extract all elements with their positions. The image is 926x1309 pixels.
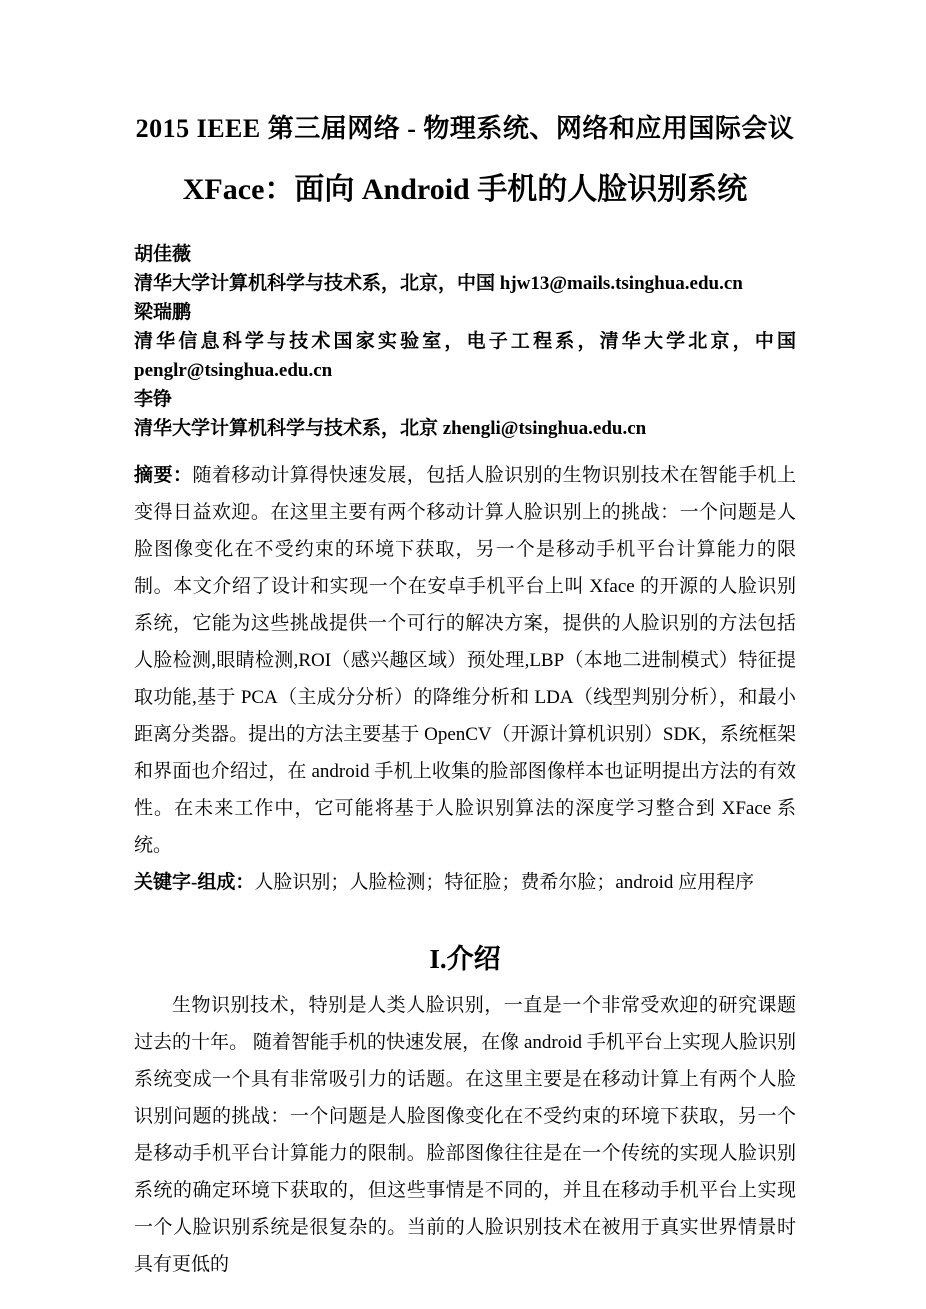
abstract-text: 随着移动计算得快速发展，包括人脸识别的生物识别技术在智能手机上变得日益欢迎。在这… [134,465,796,856]
author-affiliation: 清华大学计算机科学与技术系，北京 zhengli@tsinghua.edu.cn [134,414,796,443]
document-page: 2015 IEEE 第三届网络 - 物理系统、网络和应用国际会议 XFace：面… [0,0,926,1309]
author-name: 梁瑞鹏 [134,298,796,327]
author-affiliation: 清华信息科学与技术国家实验室，电子工程系，清华大学北京，中国 penglr@ts… [134,327,796,385]
abstract-label: 摘要： [134,465,192,486]
abstract-paragraph: 摘要：随着移动计算得快速发展，包括人脸识别的生物识别技术在智能手机上变得日益欢迎… [134,457,796,864]
author-block: 胡佳薇 清华大学计算机科学与技术系，北京，中国 hjw13@mails.tsin… [134,240,796,443]
section-heading-introduction: I.介绍 [134,941,796,977]
intro-paragraph: 生物识别技术，特别是人类人脸识别，一直是一个非常受欢迎的研究课题过去的十年。 随… [134,987,796,1283]
author-affiliation: 清华大学计算机科学与技术系，北京，中国 hjw13@mails.tsinghua… [134,269,796,298]
keywords-line: 关键字-组成：人脸识别；人脸检测；特征脸；费希尔脸；android 应用程序 [134,864,796,901]
conference-title: 2015 IEEE 第三届网络 - 物理系统、网络和应用国际会议 [134,112,796,146]
author-name: 李铮 [134,385,796,414]
keywords-text: 人脸识别；人脸检测；特征脸；费希尔脸；android 应用程序 [254,872,754,893]
paper-title: XFace：面向 Android 手机的人脸识别系统 [134,170,796,210]
author-name: 胡佳薇 [134,240,796,269]
keywords-label: 关键字-组成： [134,872,254,893]
